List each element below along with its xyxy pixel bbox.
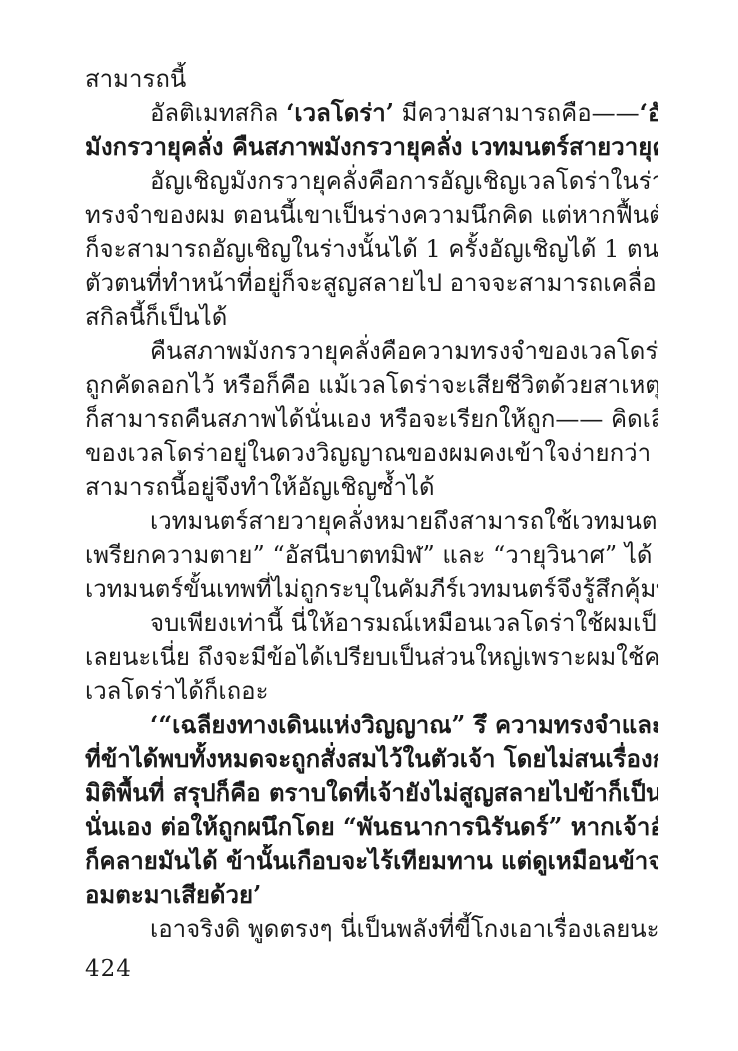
text-line: อัลติเมทสกิล ‘เวลโดร่า’ มีความสามารถคือ—… xyxy=(85,96,658,130)
text-line: ทรงจำของผม ตอนนี้เขาเป็นร่างความนึกคิด แ… xyxy=(85,198,658,232)
text-line: ที่ข้าได้พบทั้งหมดจะถูกสั่งสมไว้ในตัวเจ้… xyxy=(85,742,658,776)
page-number: 424 xyxy=(85,956,658,982)
text-line: ‘“เฉลียงทางเดินแห่งวิญญาณ” รึ ความทรงจำแ… xyxy=(85,708,658,742)
text-segment: อัลติเมทสกิล xyxy=(150,99,286,127)
text-line: ก็คลายมันได้ ข้านั้นเกือบจะไร้เทียมทาน แ… xyxy=(85,844,658,878)
text-line: จบเพียงเท่านี้ นี่ให้อารมณ์เหมือนเวลโดร่… xyxy=(85,606,658,640)
text-line: ของเวลโดร่าอยู่ในดวงวิญญาณของผมคงเข้าใจง… xyxy=(85,436,658,470)
text-line: สกิลนี้ก็เป็นได้ xyxy=(85,300,658,334)
text-line: ถูกคัดลอกไว้ หรือก็คือ แม้เวลโดร่าจะเสีย… xyxy=(85,368,658,402)
text-line: นั่นเอง ต่อให้ถูกผนึกโดย “พันธนาการนิรัน… xyxy=(85,810,658,844)
text-line: เลยนะเนี่ย ถึงจะมีข้อได้เปรียบเป็นส่วนให… xyxy=(85,640,658,674)
book-page: สามารถนี้ อัลติเมทสกิล ‘เวลโดร่า’ มีความ… xyxy=(0,0,738,1051)
text-line: มิติพื้นที่ สรุปก็คือ ตราบใดที่เจ้ายังไม… xyxy=(85,776,658,810)
text-line: มังกรวายุคลั่ง คืนสภาพมังกรวายุคลั่ง เวท… xyxy=(85,130,658,164)
text-line: เพรียกความตาย” “อัสนีบาตทมิฬ” และ “วายุว… xyxy=(85,538,658,572)
text-line: อมตะมาเสียด้วย’ xyxy=(85,878,658,912)
text-line: อัญเชิญมังกรวายุคลั่งคือการอัญเชิญเวลโดร… xyxy=(85,164,658,198)
text-line: ก็จะสามารถอัญเชิญในร่างนั้นได้ 1 ครั้งอั… xyxy=(85,232,658,266)
text-line: คืนสภาพมังกรวายุคลั่งคือความทรงจำของเวลโ… xyxy=(85,334,658,368)
text-line: ก็สามารถคืนสภาพได้นั่นเอง หรือจะเรียกให้… xyxy=(85,402,658,436)
text-line: ตัวตนที่ทำหน้าที่อยู่ก็จะสูญสลายไป อาจจะ… xyxy=(85,266,658,300)
text-line: เวทมนตร์ขั้นเทพที่ไม่ถูกระบุในคัมภีร์เวท… xyxy=(85,572,658,606)
text-line: สามารถนี้ xyxy=(85,62,658,96)
text-line: เอาจริงดิ พูดตรงๆ นี่เป็นพลังที่ขี้โกงเอ… xyxy=(85,912,658,946)
body-text: สามารถนี้ อัลติเมทสกิล ‘เวลโดร่า’ มีความ… xyxy=(85,62,658,946)
text-line: เวทมนตร์สายวายุคลั่งหมายถึงสามารถใช้เวทม… xyxy=(85,504,658,538)
skill-name-bold: ‘เวลโดร่า’ xyxy=(286,98,394,127)
text-line: เวลโดร่าได้ก็เถอะ xyxy=(85,674,658,708)
skill-list-bold: ‘อัญเชิญ xyxy=(640,98,658,127)
text-line: สามารถนี้อยู่จึงทำให้อัญเชิญซ้ำได้ xyxy=(85,470,658,504)
text-segment: มีความสามารถคือ—— xyxy=(394,99,640,127)
